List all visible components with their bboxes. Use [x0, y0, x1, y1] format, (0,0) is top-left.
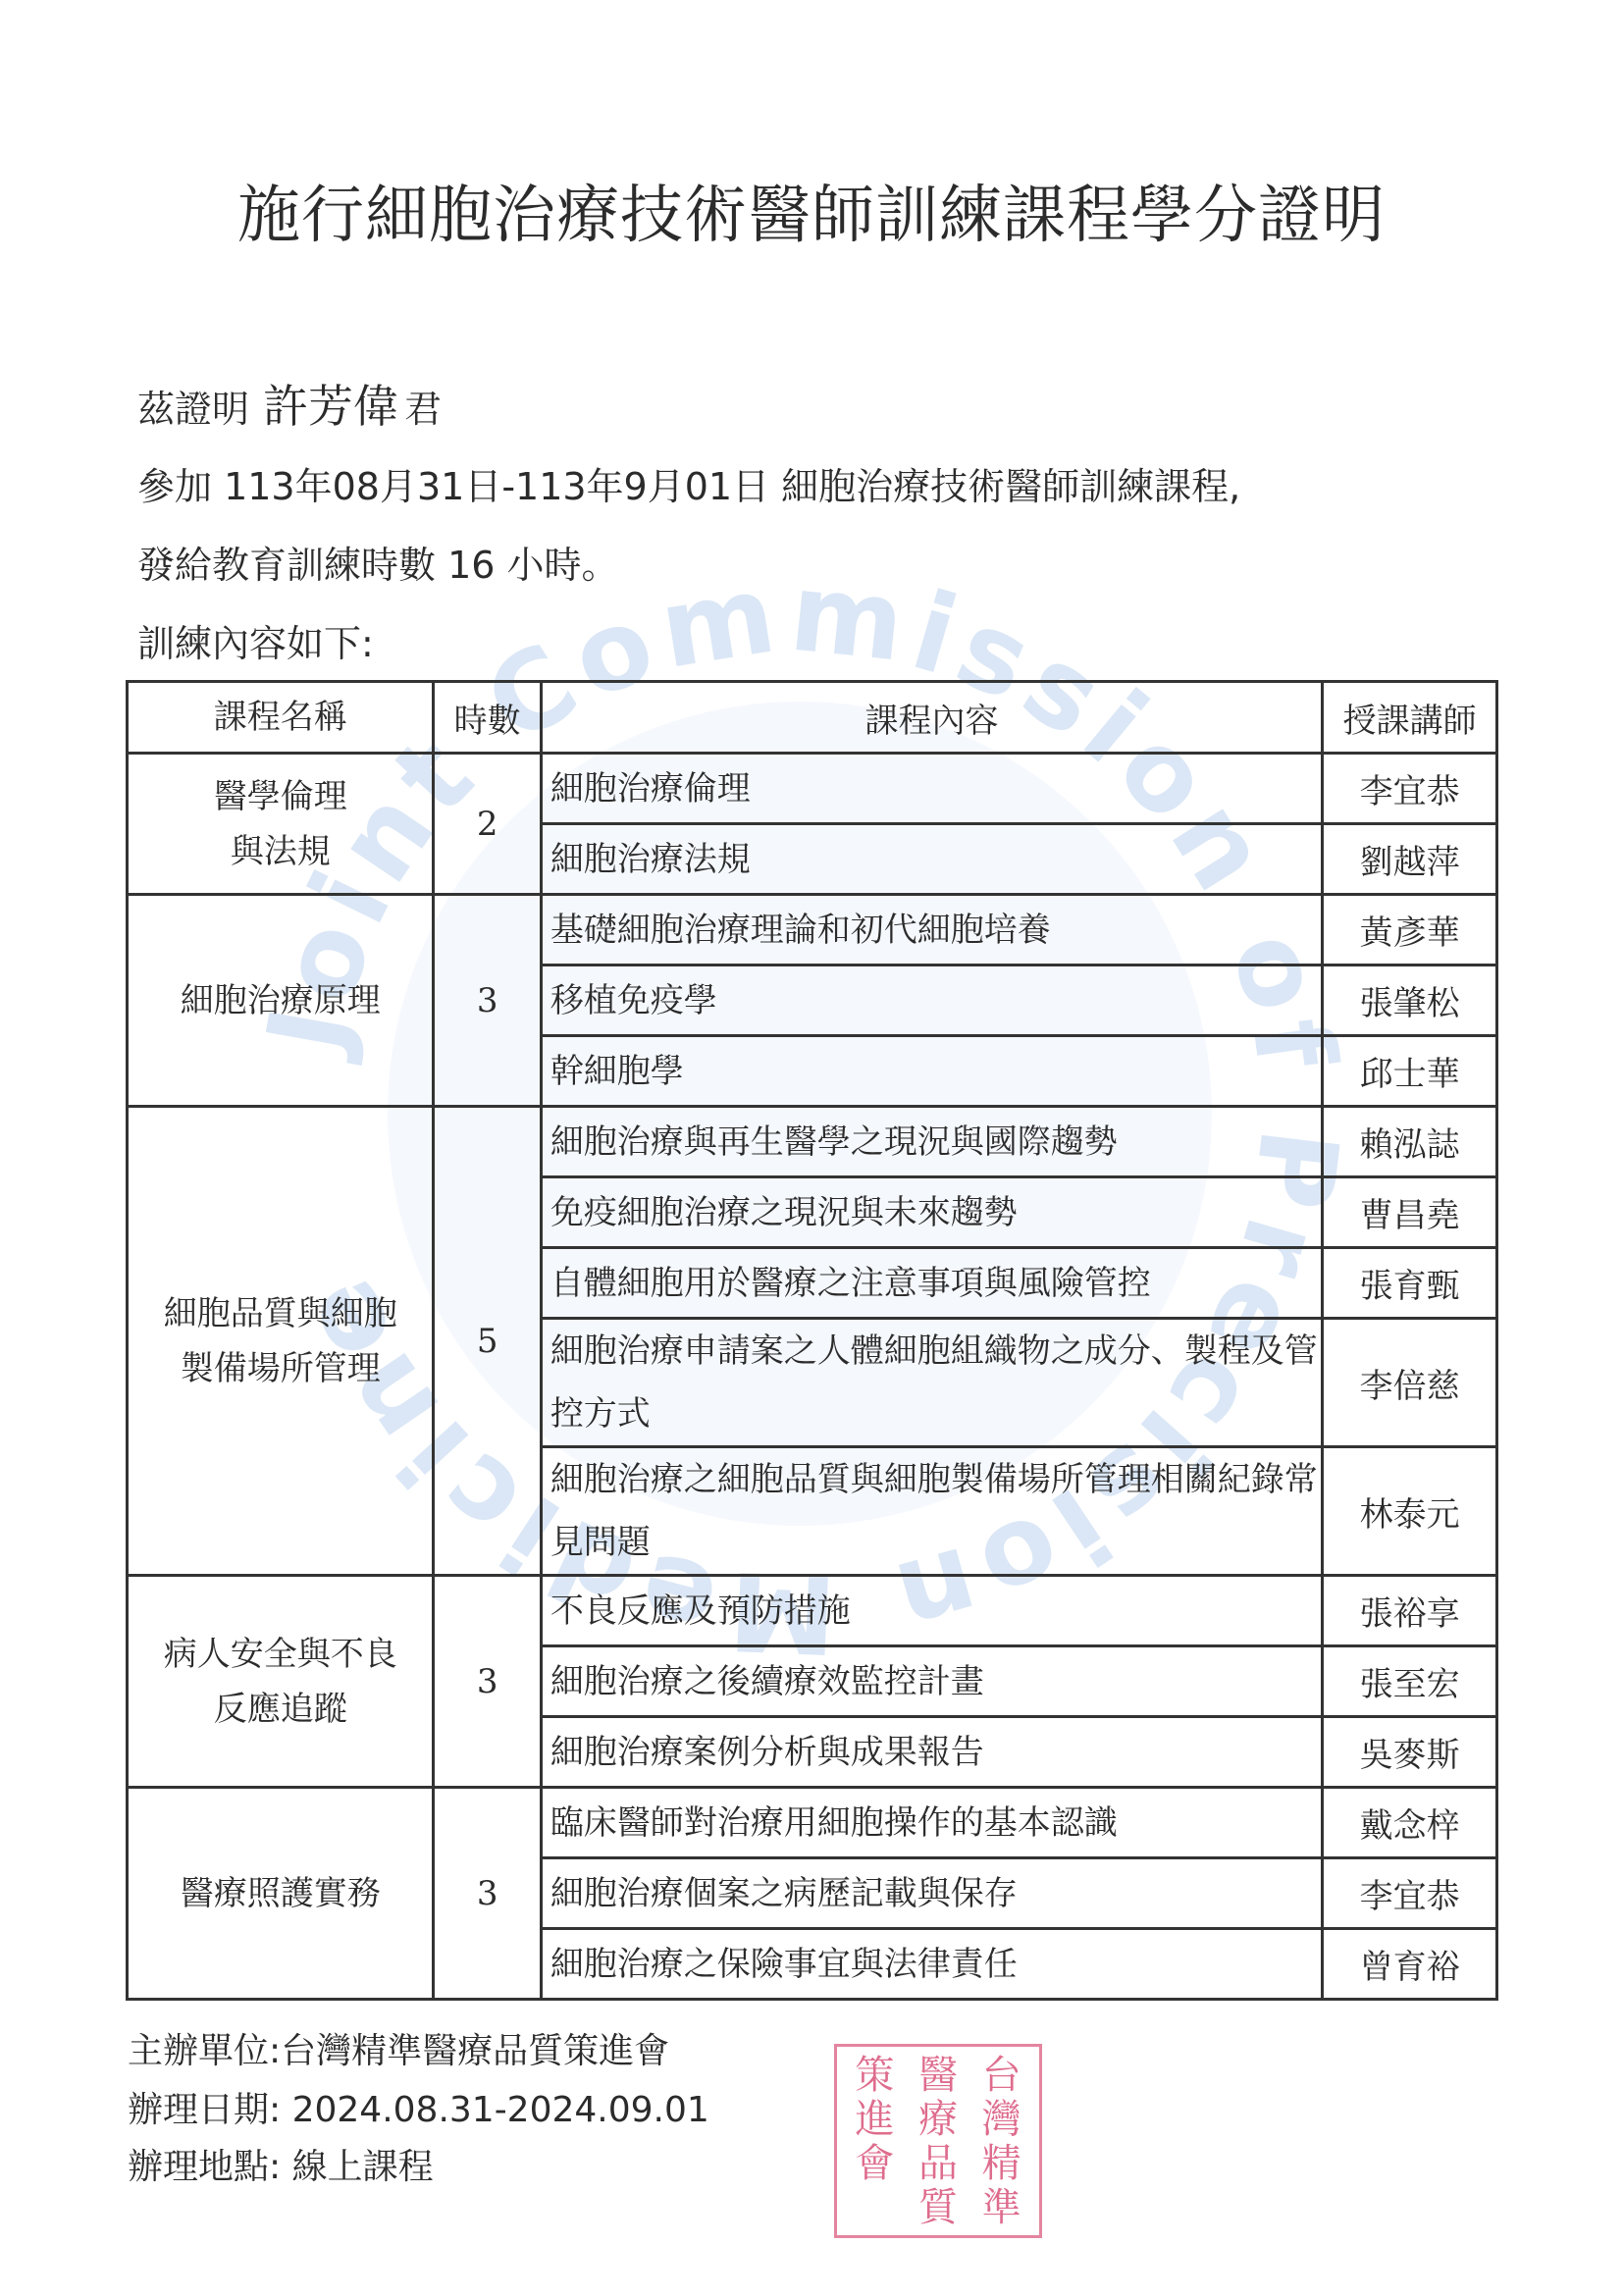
course-content: 不良反應及預防措施 [541, 1576, 1322, 1646]
table-row: 細胞治療原理 3 基礎細胞治療理論和初代細胞培養 黃彥華 [128, 895, 1497, 965]
course-hours: 3 [434, 895, 541, 1107]
course-content: 細胞治療之後續療效監控計畫 [541, 1646, 1322, 1717]
course-content: 臨床醫師對治療用細胞操作的基本認識 [541, 1788, 1322, 1858]
course-group-name: 醫學倫理 與法規 [128, 754, 434, 895]
course-content: 細胞治療申請案之人體細胞組織物之成分、製程及管控方式 [541, 1319, 1322, 1447]
course-group-name: 細胞品質與細胞 製備場所管理 [128, 1107, 434, 1576]
course-content: 細胞治療與再生醫學之現況與國際趨勢 [541, 1107, 1322, 1177]
course-group-name-line: 與法規 [129, 824, 432, 879]
stamp-char: 準 [969, 2188, 1033, 2227]
course-teacher: 張至宏 [1323, 1646, 1497, 1717]
stamp-char: 品 [907, 2144, 970, 2183]
course-hours: 3 [434, 1576, 541, 1788]
course-group-name-line: 細胞品質與細胞 [129, 1286, 432, 1341]
header-course-content: 課程內容 [541, 682, 1322, 754]
course-teacher: 吳麥斯 [1323, 1717, 1497, 1788]
course-teacher: 李倍慈 [1323, 1319, 1497, 1447]
content-intro: 訓練內容如下: [137, 613, 374, 667]
stamp-char: 會 [843, 2144, 907, 2183]
course-group-name-line: 製備場所管理 [129, 1341, 432, 1396]
course-content: 移植免疫學 [541, 965, 1322, 1036]
table-header-row: 課程名稱 時數 課程內容 授課講師 [128, 682, 1497, 754]
stamp-char: 質 [907, 2188, 970, 2227]
stamp-char: 台 [969, 2056, 1033, 2095]
dates-line: 辦理日期: 2024.08.31-2024.09.01 [128, 2082, 709, 2132]
course-group-name: 病人安全與不良 反應追蹤 [128, 1576, 434, 1788]
header-course-name: 課程名稱 [128, 682, 434, 754]
stamp-char: 策 [843, 2056, 907, 2095]
certify-line: 茲證明許芳偉君 [137, 371, 442, 436]
course-teacher: 曹昌堯 [1323, 1177, 1497, 1248]
table-row: 細胞品質與細胞 製備場所管理 5 細胞治療與再生醫學之現況與國際趨勢 賴泓誌 [128, 1107, 1497, 1177]
course-teacher: 李宜恭 [1323, 1858, 1497, 1929]
course-teacher: 邱士華 [1323, 1036, 1497, 1107]
table-row: 醫療照護實務 3 臨床醫師對治療用細胞操作的基本認識 戴念梓 [128, 1788, 1497, 1858]
stamp-char: 精 [969, 2144, 1033, 2183]
course-group-name: 醫療照護實務 [128, 1788, 434, 2000]
certify-prefix: 茲證明 [137, 388, 249, 431]
course-teacher: 張肇松 [1323, 965, 1497, 1036]
table-row: 病人安全與不良 反應追蹤 3 不良反應及預防措施 張裕享 [128, 1576, 1497, 1646]
header-teacher: 授課講師 [1323, 682, 1497, 754]
course-content: 自體細胞用於醫療之注意事項與風險管控 [541, 1248, 1322, 1319]
course-group-name-line: 病人安全與不良 [129, 1627, 432, 1682]
course-content: 細胞治療法規 [541, 824, 1322, 895]
table-row: 醫學倫理 與法規 2 細胞治療倫理 李宜恭 [128, 754, 1497, 824]
organizer-line: 主辦單位:台灣精準醫療品質策進會 [128, 2023, 669, 2073]
course-content: 細胞治療之細胞品質與細胞製備場所管理相關紀錄常見問題 [541, 1447, 1322, 1576]
course-content: 基礎細胞治療理論和初代細胞培養 [541, 895, 1322, 965]
course-group-name-line: 細胞治療原理 [129, 973, 432, 1028]
course-teacher: 曾育裕 [1323, 1929, 1497, 2000]
course-group-name-line: 反應追蹤 [129, 1682, 432, 1737]
course-group-name: 細胞治療原理 [128, 895, 434, 1107]
course-content: 幹細胞學 [541, 1036, 1322, 1107]
course-teacher: 張裕享 [1323, 1576, 1497, 1646]
course-content: 細胞治療個案之病歷記載與保存 [541, 1858, 1322, 1929]
header-hours: 時數 [434, 682, 541, 754]
course-teacher: 林泰元 [1323, 1447, 1497, 1576]
stamp-char: 進 [843, 2100, 907, 2139]
course-hours: 2 [434, 754, 541, 895]
attendance-line: 參加 113年08月31日-113年9月01日 細胞治療技術醫師訓練課程, [137, 456, 1240, 510]
hours-line: 發給教育訓練時數 16 小時。 [137, 535, 619, 589]
course-group-name-line: 醫學倫理 [129, 769, 432, 824]
course-content: 細胞治療之保險事宜與法律責任 [541, 1929, 1322, 2000]
course-hours: 5 [434, 1107, 541, 1576]
course-teacher: 李宜恭 [1323, 754, 1497, 824]
stamp-char: 醫 [907, 2056, 970, 2095]
page-title: 施行細胞治療技術醫師訓練課程學分證明 [0, 165, 1623, 255]
course-teacher: 張育甄 [1323, 1248, 1497, 1319]
location-line: 辦理地點: 線上課程 [128, 2139, 434, 2189]
course-group-name-line: 醫療照護實務 [129, 1866, 432, 1921]
official-seal-stamp: 策 醫 台 進 療 灣 會 品 精 質 準 [834, 2044, 1042, 2238]
course-content: 細胞治療案例分析與成果報告 [541, 1717, 1322, 1788]
recipient-name: 許芳偉 [263, 380, 398, 433]
course-teacher: 戴念梓 [1323, 1788, 1497, 1858]
course-teacher: 賴泓誌 [1323, 1107, 1497, 1177]
course-hours: 3 [434, 1788, 541, 2000]
course-teacher: 黃彥華 [1323, 895, 1497, 965]
course-content: 細胞治療倫理 [541, 754, 1322, 824]
course-table: 課程名稱 時數 課程內容 授課講師 醫學倫理 與法規 2 細胞治療倫理 李宜恭 … [126, 680, 1498, 2001]
stamp-char: 灣 [969, 2100, 1033, 2139]
stamp-char: 療 [907, 2100, 970, 2139]
course-content: 免疫細胞治療之現況與未來趨勢 [541, 1177, 1322, 1248]
recipient-suffix: 君 [404, 388, 442, 431]
course-teacher: 劉越萍 [1323, 824, 1497, 895]
